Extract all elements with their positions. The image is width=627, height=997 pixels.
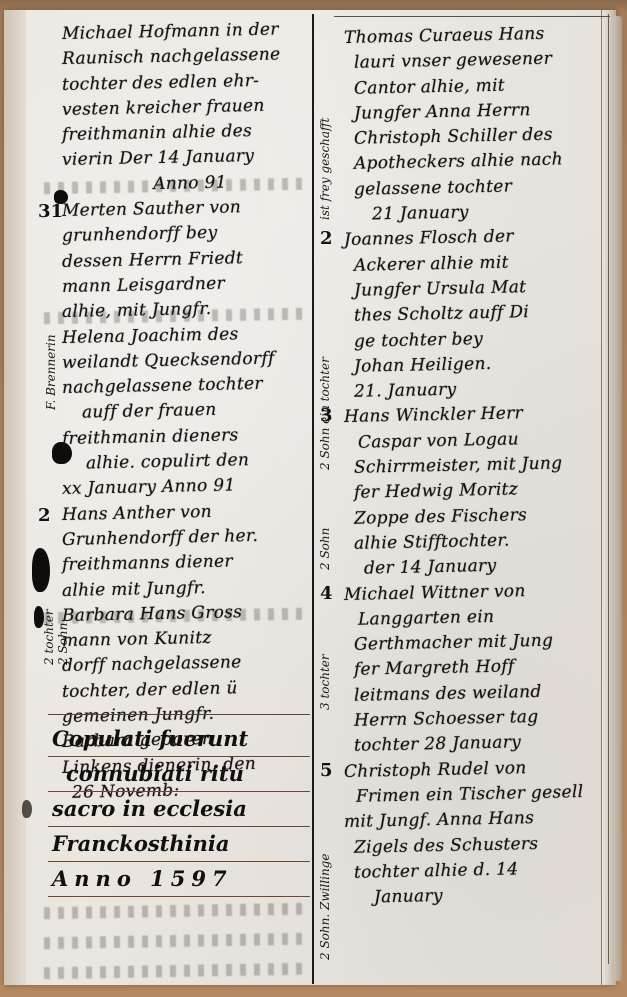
margin-note: 2 Sohn ein tochter [318,357,332,470]
margin-note: 2 tochter [42,609,56,665]
text-line: January [344,881,606,912]
bleed-through [44,903,304,920]
marriage-entry: 3 Hans Winckler Herr Caspar von Logau Sc… [344,405,606,582]
marriage-entry: 4 Michael Wittner von Langgarten ein Ger… [344,583,606,760]
page-gutter [4,10,26,985]
top-rule [334,16,610,17]
ink-blot [22,800,32,818]
left-column: Michael Hofmann in der Raunisch nachgela… [62,22,310,806]
heading-line: Franckosthinia [48,827,310,862]
entry-number: 4 [320,583,333,604]
marriage-entry: 5 Christoph Rudel von Frimen ein Tischer… [344,760,606,912]
right-margin-rule [608,14,609,964]
margin-note: 3 tochter [318,654,332,710]
margin-note: 2 Sohn [318,528,332,570]
heading-line: Anno 1597 [48,862,310,897]
margin-note: ist frey geschafft [318,118,332,220]
bleed-through [44,963,304,980]
margin-note: 2 Sohn [56,623,70,665]
entry-continuation: Michael Hofmann in der Raunisch nachgela… [62,22,310,199]
section-divider [48,714,310,715]
heading-line: sacro in ecclesia [48,792,310,827]
heading-line: connubiati ritu [48,757,310,792]
ink-blot [32,548,50,592]
marriage-entry: 2 Joannes Flosch der Ackerer alhie mit J… [344,228,606,405]
marriage-entry: 31 Merten Sauther von grunhendorff bey d… [62,199,310,503]
entry-number: 31 [38,201,63,222]
margin-note: F. Brennerin [44,334,58,410]
bleed-through [44,933,304,950]
entry-number: 2 [38,505,51,526]
column-divider [312,14,314,984]
margin-note: 2 Sohn. Zwillinge [318,854,332,960]
entry-number: 5 [320,760,333,781]
entry-number: 2 [320,228,333,249]
right-column: Thomas Curaeus Hans lauri vnser gewesene… [344,26,606,911]
marriage-entry: Thomas Curaeus Hans lauri vnser gewesene… [344,26,606,228]
page-stack [614,16,622,981]
heading-line: Copulati fuerunt [48,722,310,757]
manuscript-page: Michael Hofmann in der Raunisch nachgela… [4,10,616,985]
section-heading: Copulati fuerunt connubiati ritu sacro i… [48,722,310,897]
